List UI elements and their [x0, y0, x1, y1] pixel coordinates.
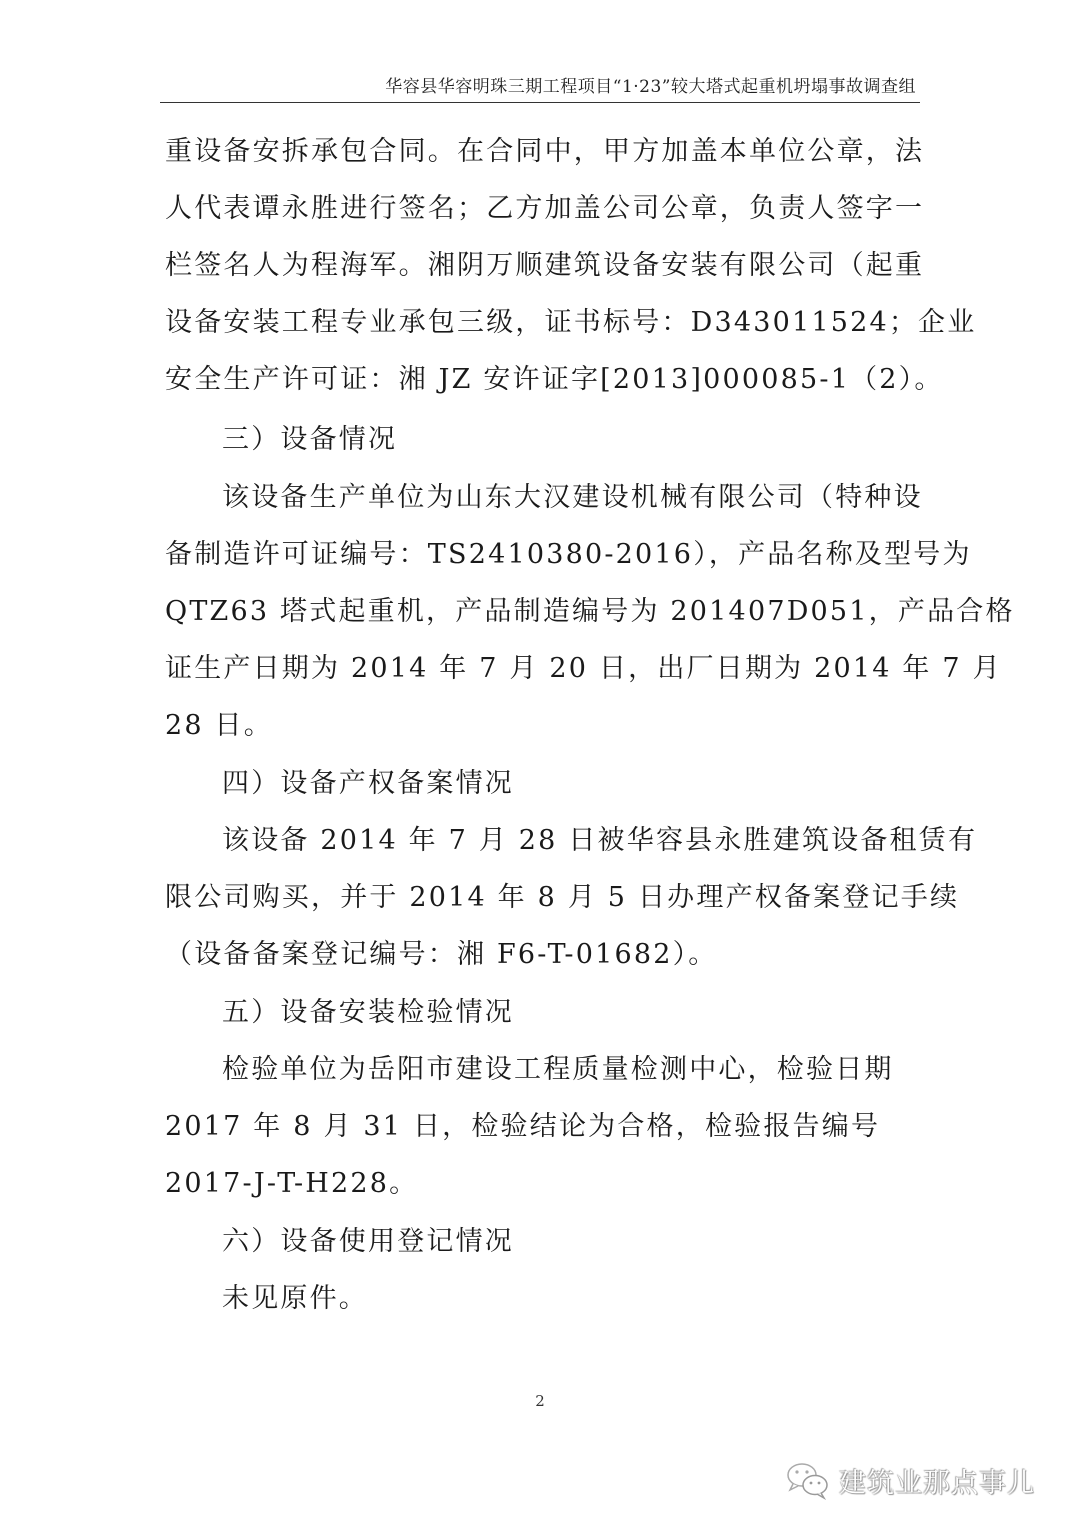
body-line: 限公司购买，并于 2014 年 8 月 5 日办理产权备案登记手续: [165, 878, 959, 918]
body-line: 安全生产许可证：湘 JZ 安许证字[2013]000085-1（2）。: [165, 360, 944, 400]
body-line: 栏签名人为程海军。湘阴万顺建筑设备安装有限公司（起重: [165, 246, 924, 286]
body-line: 证生产日期为 2014 年 7 月 20 日，出厂日期为 2014 年 7 月: [165, 649, 1002, 689]
body-line: 检验单位为岳阳市建设工程质量检测中心，检验日期: [222, 1050, 894, 1090]
watermark-text: 建筑业那点事儿: [839, 1461, 1035, 1500]
header-title: 华容县华容明珠三期工程项目“1·23”较大塔式起重机坍塌事故调查组: [385, 77, 920, 97]
body-line: 重设备安拆承包合同。在合同中，甲方加盖本单位公章，法: [165, 132, 924, 172]
body-line: 备制造许可证编号：TS2410380-2016），产品名称及型号为: [165, 535, 972, 575]
body-line: 人代表谭永胜进行签名；乙方加盖公司公章，负责人签字一: [165, 189, 924, 229]
body-line: 该设备 2014 年 7 月 28 日被华容县永胜建筑设备租赁有: [222, 821, 977, 861]
watermark: 建筑业那点事儿: [785, 1455, 1035, 1505]
body-line: 2017-J-T-H228。: [165, 1164, 418, 1204]
section-heading-installation-inspection: 五）设备安装检验情况: [222, 993, 514, 1033]
body-line: 设备安装工程专业承包三级，证书标号：D343011524；企业: [165, 303, 976, 343]
body-line: 28 日。: [165, 706, 273, 746]
body-line: 2017 年 8 月 31 日，检验结论为合格，检验报告编号: [165, 1107, 880, 1147]
body-line: QTZ63 塔式起重机，产品制造编号为 201407D051，产品合格: [165, 592, 1015, 632]
body-line: 该设备生产单位为山东大汉建设机械有限公司（特种设: [222, 478, 923, 518]
section-heading-usage-registration: 六）设备使用登记情况: [222, 1222, 514, 1262]
wechat-icon: [785, 1460, 831, 1500]
section-heading-property-registration: 四）设备产权备案情况: [222, 764, 514, 804]
page-number: 2: [0, 1392, 1080, 1410]
section-heading-equipment: 三）设备情况: [222, 420, 397, 460]
body-line: （设备备案登记编号：湘 F6-T-01682）。: [165, 935, 718, 975]
body-line: 未见原件。: [222, 1279, 368, 1319]
document-header: 华容县华容明珠三期工程项目“1·23”较大塔式起重机坍塌事故调查组: [160, 74, 920, 103]
